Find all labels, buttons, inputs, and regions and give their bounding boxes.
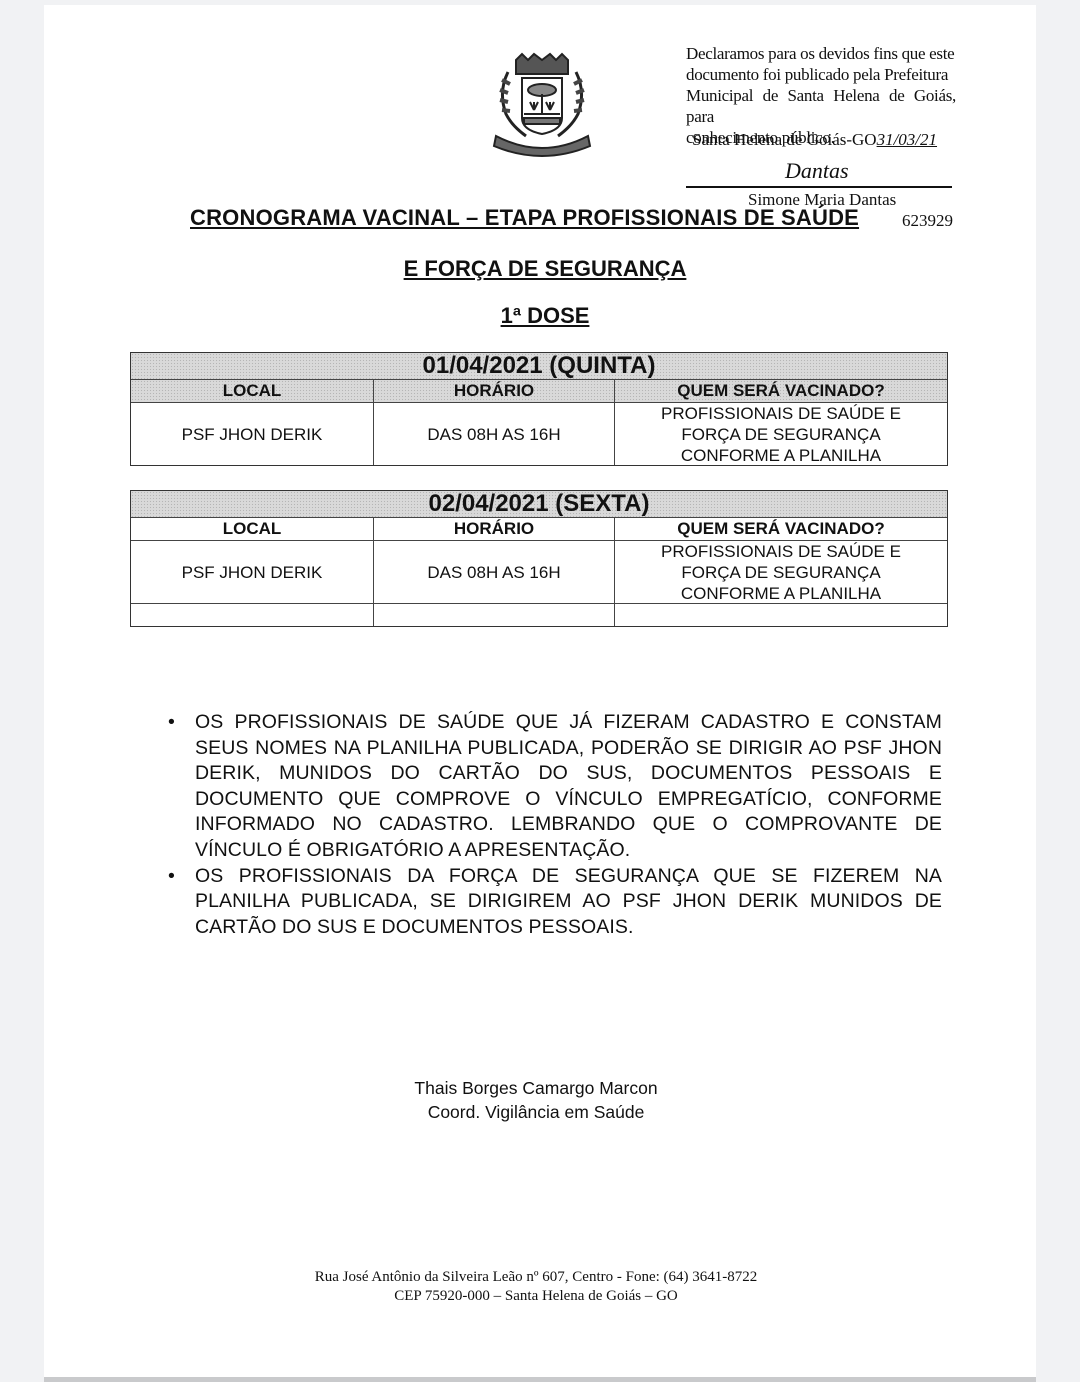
table-row: PSF JHON DERIK DAS 08H AS 16H PROFISSION…	[131, 403, 947, 465]
instruction-item: • OS PROFISSIONAIS DE SAÚDE QUE JÁ FIZER…	[160, 710, 942, 864]
footer-postal: CEP 75920-000 – Santa Helena de Goiás – …	[0, 1287, 1072, 1306]
document-title-line2: E FORÇA DE SEGURANÇA	[0, 256, 1080, 282]
cell-quem-line: FORÇA DE SEGURANÇA	[681, 562, 880, 583]
bullet-icon: •	[168, 864, 175, 890]
empty-cell	[131, 604, 374, 626]
schedule-date: 02/04/2021 (SEXTA)	[428, 490, 649, 518]
column-header-horario: HORÁRIO	[374, 518, 615, 540]
coordinator-signature: Thais Borges Camargo Marcon Coord. Vigil…	[0, 1076, 1072, 1124]
handwritten-signature: Dantas	[785, 158, 849, 184]
schedule-table-day1: 01/04/2021 (QUINTA) LOCAL HORÁRIO QUEM S…	[130, 352, 948, 466]
instruction-text: OS PROFISSIONAIS DA FORÇA DE SEGURANÇA Q…	[195, 865, 942, 938]
bullet-icon: •	[168, 710, 175, 736]
cell-quem-line: PROFISSIONAIS DE SAÚDE E	[661, 403, 901, 424]
instruction-item: • OS PROFISSIONAIS DA FORÇA DE SEGURANÇA…	[160, 864, 942, 941]
cell-quem: PROFISSIONAIS DE SAÚDE E FORÇA DE SEGURA…	[615, 541, 947, 603]
dose-heading: 1ª DOSE	[0, 303, 1080, 329]
table-header-row: LOCAL HORÁRIO QUEM SERÁ VACINADO?	[131, 380, 947, 403]
schedule-date-header: 01/04/2021 (QUINTA)	[131, 353, 947, 380]
instructions-list: • OS PROFISSIONAIS DE SAÚDE QUE JÁ FIZER…	[160, 710, 942, 940]
footer-address: Rua José Antônio da Silveira Leão nº 607…	[0, 1268, 1072, 1287]
declaration-signer-id: 623929	[902, 211, 953, 231]
table-header-row: LOCAL HORÁRIO QUEM SERÁ VACINADO?	[131, 518, 947, 541]
cell-local: PSF JHON DERIK	[131, 541, 374, 603]
column-header-quem: QUEM SERÁ VACINADO?	[615, 518, 947, 540]
cell-local: PSF JHON DERIK	[131, 403, 374, 465]
declaration-place-date: Santa Helena de Goiás-GO31/03/21	[692, 130, 937, 150]
declaration-line: Declaramos para os devidos fins que este	[686, 43, 956, 64]
schedule-date-header: 02/04/2021 (SEXTA)	[131, 491, 947, 518]
cell-quem-line: PROFISSIONAIS DE SAÚDE E	[661, 541, 901, 562]
empty-cell	[615, 604, 947, 626]
cell-horario: DAS 08H AS 16H	[374, 541, 615, 603]
instruction-text: OS PROFISSIONAIS DE SAÚDE QUE JÁ FIZERAM…	[195, 711, 942, 861]
column-header-local: LOCAL	[131, 518, 374, 540]
empty-table-row	[131, 604, 947, 626]
coordinator-role: Coord. Vigilância em Saúde	[0, 1100, 1072, 1124]
column-header-horario: HORÁRIO	[374, 380, 615, 402]
cell-quem: PROFISSIONAIS DE SAÚDE E FORÇA DE SEGURA…	[615, 403, 947, 465]
column-header-local: LOCAL	[131, 380, 374, 402]
declaration-line: Municipal de Santa Helena de Goiás, para	[686, 85, 956, 127]
table-row: PSF JHON DERIK DAS 08H AS 16H PROFISSION…	[131, 541, 947, 604]
declaration-place: Santa Helena de Goiás-GO	[692, 130, 877, 149]
cell-quem-line: FORÇA DE SEGURANÇA	[681, 424, 880, 445]
declaration-line: documento foi publicado pela Prefeitura	[686, 64, 956, 85]
schedule-date: 01/04/2021 (QUINTA)	[423, 352, 656, 380]
document-title: CRONOGRAMA VACINAL – ETAPA PROFISSIONAIS…	[190, 205, 859, 231]
cell-quem-line: CONFORME A PLANILHA	[681, 583, 881, 604]
page-footer: Rua José Antônio da Silveira Leão nº 607…	[0, 1268, 1072, 1306]
coordinator-name: Thais Borges Camargo Marcon	[0, 1076, 1072, 1100]
handwritten-date: 31/03/21	[877, 130, 937, 150]
page-shadow	[44, 1377, 1036, 1382]
cell-quem-line: CONFORME A PLANILHA	[681, 445, 881, 466]
signature-line	[686, 186, 952, 188]
cell-horario: DAS 08H AS 16H	[374, 403, 615, 465]
schedule-table-day2: 02/04/2021 (SEXTA) LOCAL HORÁRIO QUEM SE…	[130, 490, 948, 627]
empty-cell	[374, 604, 615, 626]
column-header-quem: QUEM SERÁ VACINADO?	[615, 380, 947, 402]
coat-of-arms-icon	[478, 52, 606, 162]
